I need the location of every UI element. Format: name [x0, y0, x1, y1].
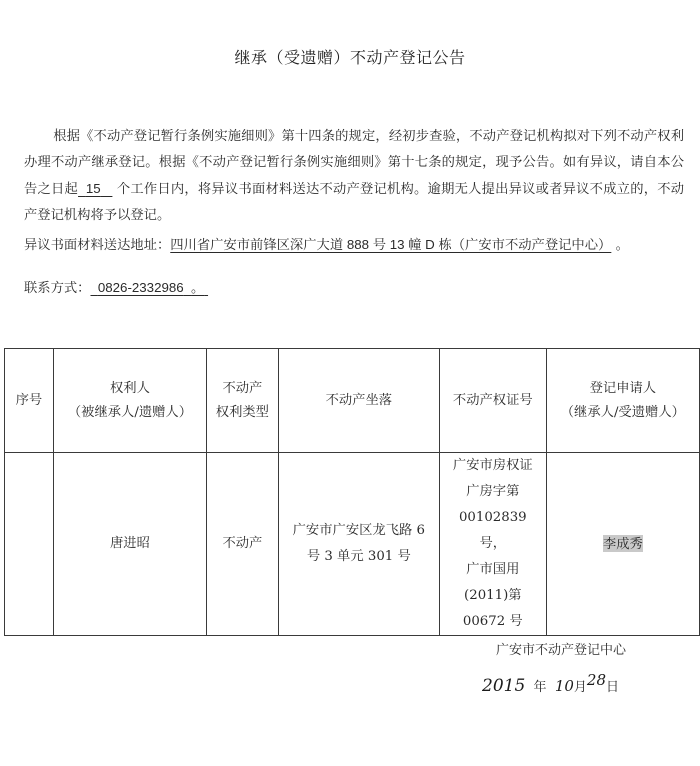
address-suffix: 。 [616, 238, 629, 253]
header-right-holder: 权利人 （被继承人/遗赠人） [53, 349, 206, 453]
address-value: 四川省广安市前锋区深广大道 888 号 13 幢 D 栋（广安市不动产登记中心） [170, 237, 611, 252]
cell-cert-no: 广安市房权证 广房字第 00102839 号， 广市国用 (2011)第 006… [439, 453, 546, 636]
cell-seq [5, 453, 54, 636]
table-row: 唐进昭 不动产 广安市广安区龙飞路 6 号 3 单元 301 号 广安市房权证 … [5, 453, 700, 636]
contact-label: 联系方式： [24, 281, 90, 296]
inheritance-table: 序号 权利人 （被继承人/遗赠人） 不动产 权利类型 不动产坐落 不动产权证号 … [4, 348, 700, 636]
header-location: 不动产坐落 [278, 349, 439, 453]
notice-body: 根据《不动产登记暂行条例实施细则》第十四条的规定，经初步查验，不动产登记机构拟对… [24, 124, 684, 229]
handwritten-month: 10 [555, 677, 574, 695]
contact-info: 联系方式： 0826-2332986 。 [24, 277, 208, 296]
objection-address: 异议书面材料送达地址：四川省广安市前锋区深广大道 888 号 13 幢 D 栋（… [24, 234, 629, 253]
cell-applicant: 李成秀 [546, 453, 699, 636]
day-label: 日 [606, 680, 619, 695]
issuing-organization: 广安市不动产登记中心 [496, 639, 626, 658]
cell-right-holder: 唐进昭 [53, 453, 206, 636]
header-seq: 序号 [5, 349, 54, 453]
handwritten-day: 28 [587, 671, 606, 689]
cell-right-type: 不动产 [207, 453, 279, 636]
applicant-name-highlighted: 李成秀 [603, 535, 643, 552]
header-cert-no: 不动产权证号 [439, 349, 546, 453]
year-label: 年 [534, 680, 547, 695]
notice-title: 继承（受遗赠）不动产登记公告 [0, 45, 700, 68]
address-label: 异议书面材料送达地址： [24, 238, 170, 253]
month-label: 月 [574, 680, 587, 695]
header-applicant: 登记申请人 （继承人/受遗赠人） [546, 349, 699, 453]
cell-location: 广安市广安区龙飞路 6 号 3 单元 301 号 [278, 453, 439, 636]
header-right-type: 不动产 权利类型 [207, 349, 279, 453]
issue-date: 2015 年 10月28日 [482, 676, 619, 696]
contact-value: 0826-2332986 。 [90, 280, 208, 295]
handwritten-year: 2015 [482, 676, 525, 696]
objection-days: 15 [78, 181, 112, 196]
notice-body-part2: 个工作日内，将异议书面材料送达不动产登记机构。逾期无人提出异议或者异议不成立的，… [24, 182, 684, 223]
table-header-row: 序号 权利人 （被继承人/遗赠人） 不动产 权利类型 不动产坐落 不动产权证号 … [5, 349, 700, 453]
